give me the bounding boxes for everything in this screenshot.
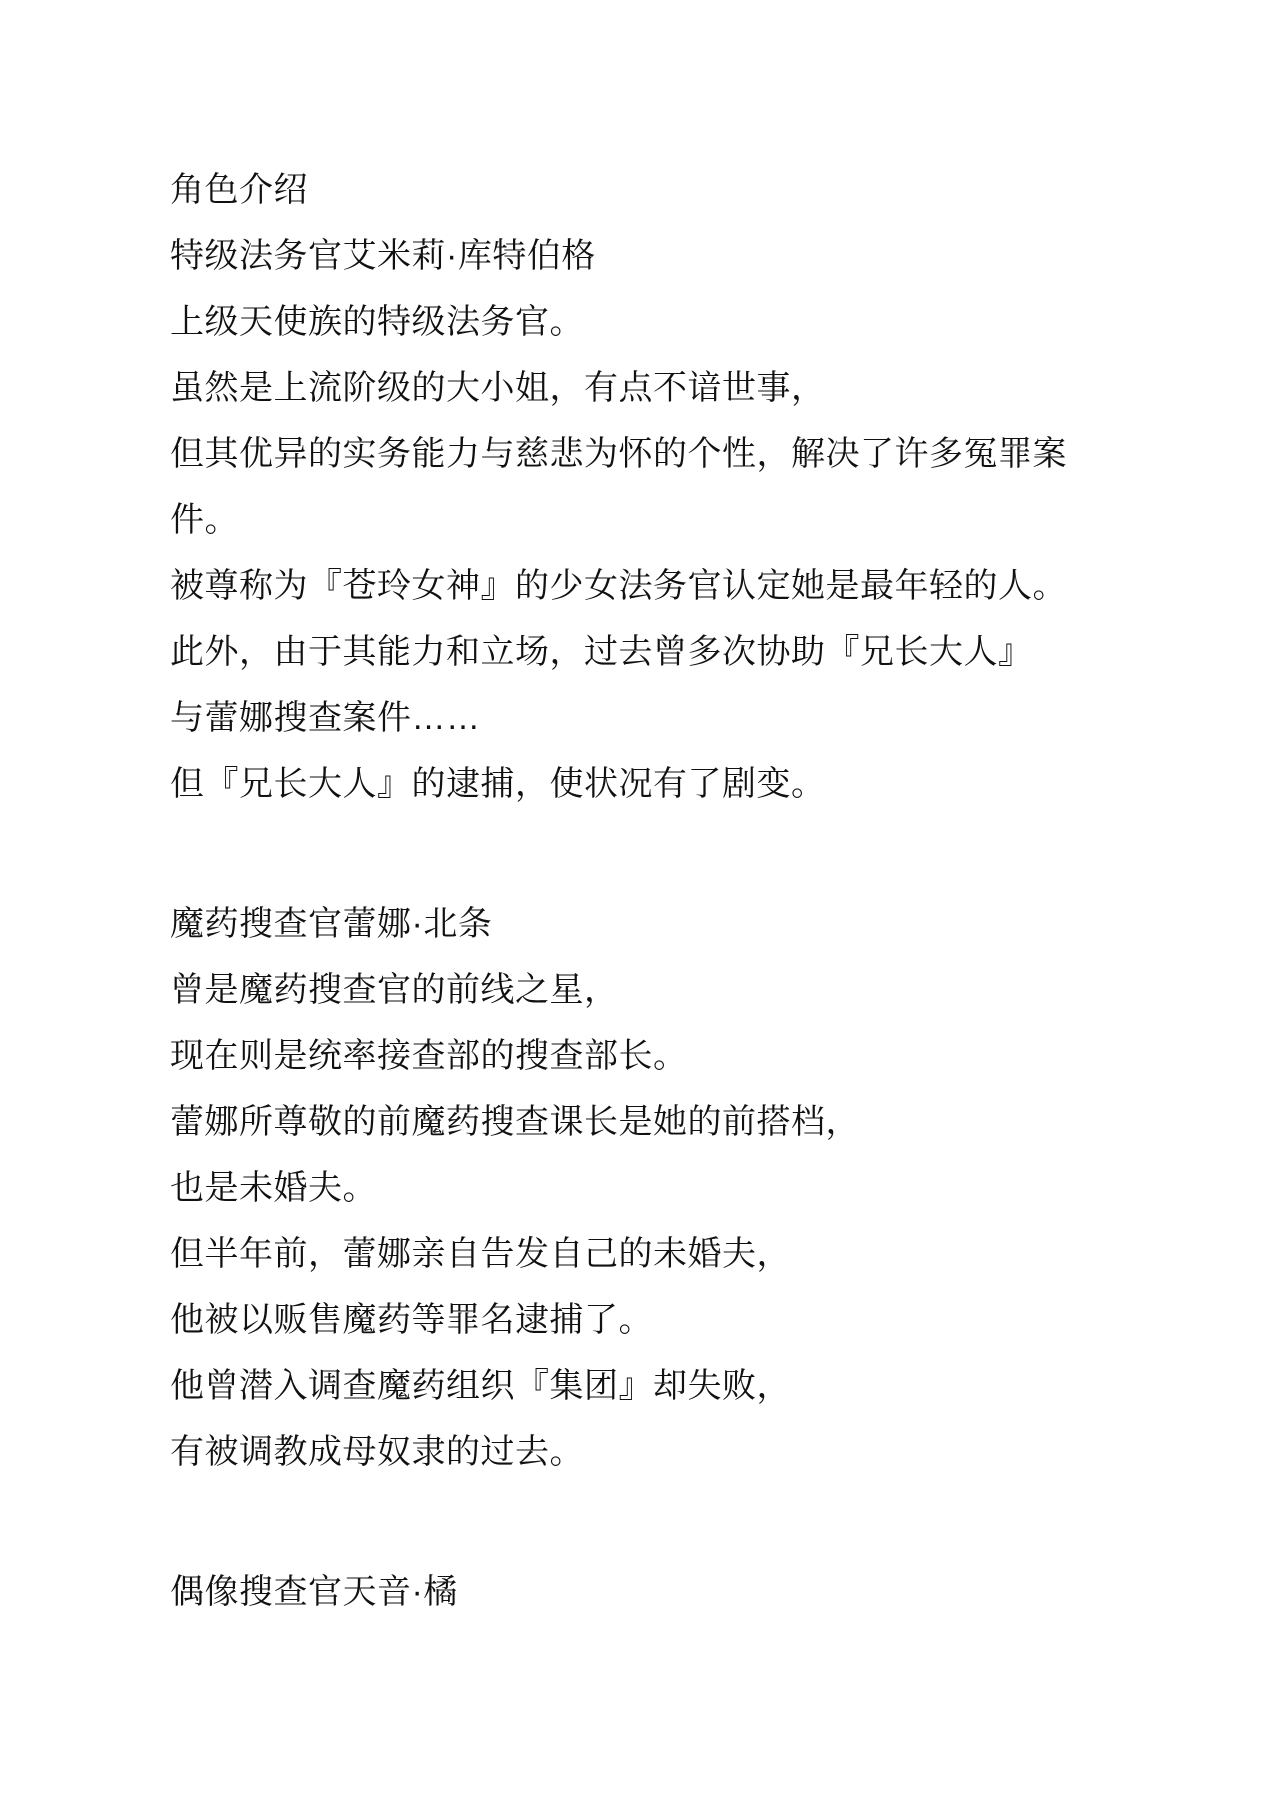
character-1-line: 上级天使族的特级法务官。 — [170, 289, 1200, 355]
paragraph-spacer — [170, 1485, 1200, 1559]
character-2-line: 但半年前，蕾娜亲自告发自己的未婚夫， — [170, 1221, 1200, 1287]
character-2-line: 蕾娜所尊敬的前魔药搜查课长是她的前搭档， — [170, 1089, 1200, 1155]
character-1-line: 与蕾娜搜查案件…… — [170, 685, 1200, 751]
character-2-line: 他被以贩售魔药等罪名逮捕了。 — [170, 1287, 1200, 1353]
character-1-line: 但『兄长大人』的逮捕，使状况有了剧变。 — [170, 751, 1200, 817]
character-2-line: 也是未婚夫。 — [170, 1155, 1200, 1221]
doc-title: 角色介绍 — [170, 157, 1200, 223]
character-2-line: 曾是魔药搜查官的前线之星， — [170, 957, 1200, 1023]
character-1-line: 此外，由于其能力和立场，过去曾多次协助『兄长大人』 — [170, 619, 1200, 685]
character-2-line: 他曾潜入调查魔药组织『集团』却失败， — [170, 1353, 1200, 1419]
character-1-line: 但其优异的实务能力与慈悲为怀的个性，解决了许多冤罪案 — [170, 421, 1200, 487]
character-1-heading: 特级法务官艾米莉·库特伯格 — [170, 223, 1200, 289]
character-1-line: 件。 — [170, 487, 1200, 553]
document-page: 角色介绍 特级法务官艾米莉·库特伯格 上级天使族的特级法务官。 虽然是上流阶级的… — [0, 0, 1280, 1810]
character-3-heading: 偶像搜查官天音·橘 — [170, 1559, 1200, 1625]
character-2-heading: 魔药搜查官蕾娜·北条 — [170, 891, 1200, 957]
character-1-line: 虽然是上流阶级的大小姐，有点不谙世事， — [170, 355, 1200, 421]
paragraph-spacer — [170, 817, 1200, 891]
character-2-line: 有被调教成母奴隶的过去。 — [170, 1419, 1200, 1485]
character-1-line: 被尊称为『苍玲女神』的少女法务官认定她是最年轻的人。 — [170, 553, 1200, 619]
character-2-line: 现在则是统率接查部的搜查部长。 — [170, 1023, 1200, 1089]
